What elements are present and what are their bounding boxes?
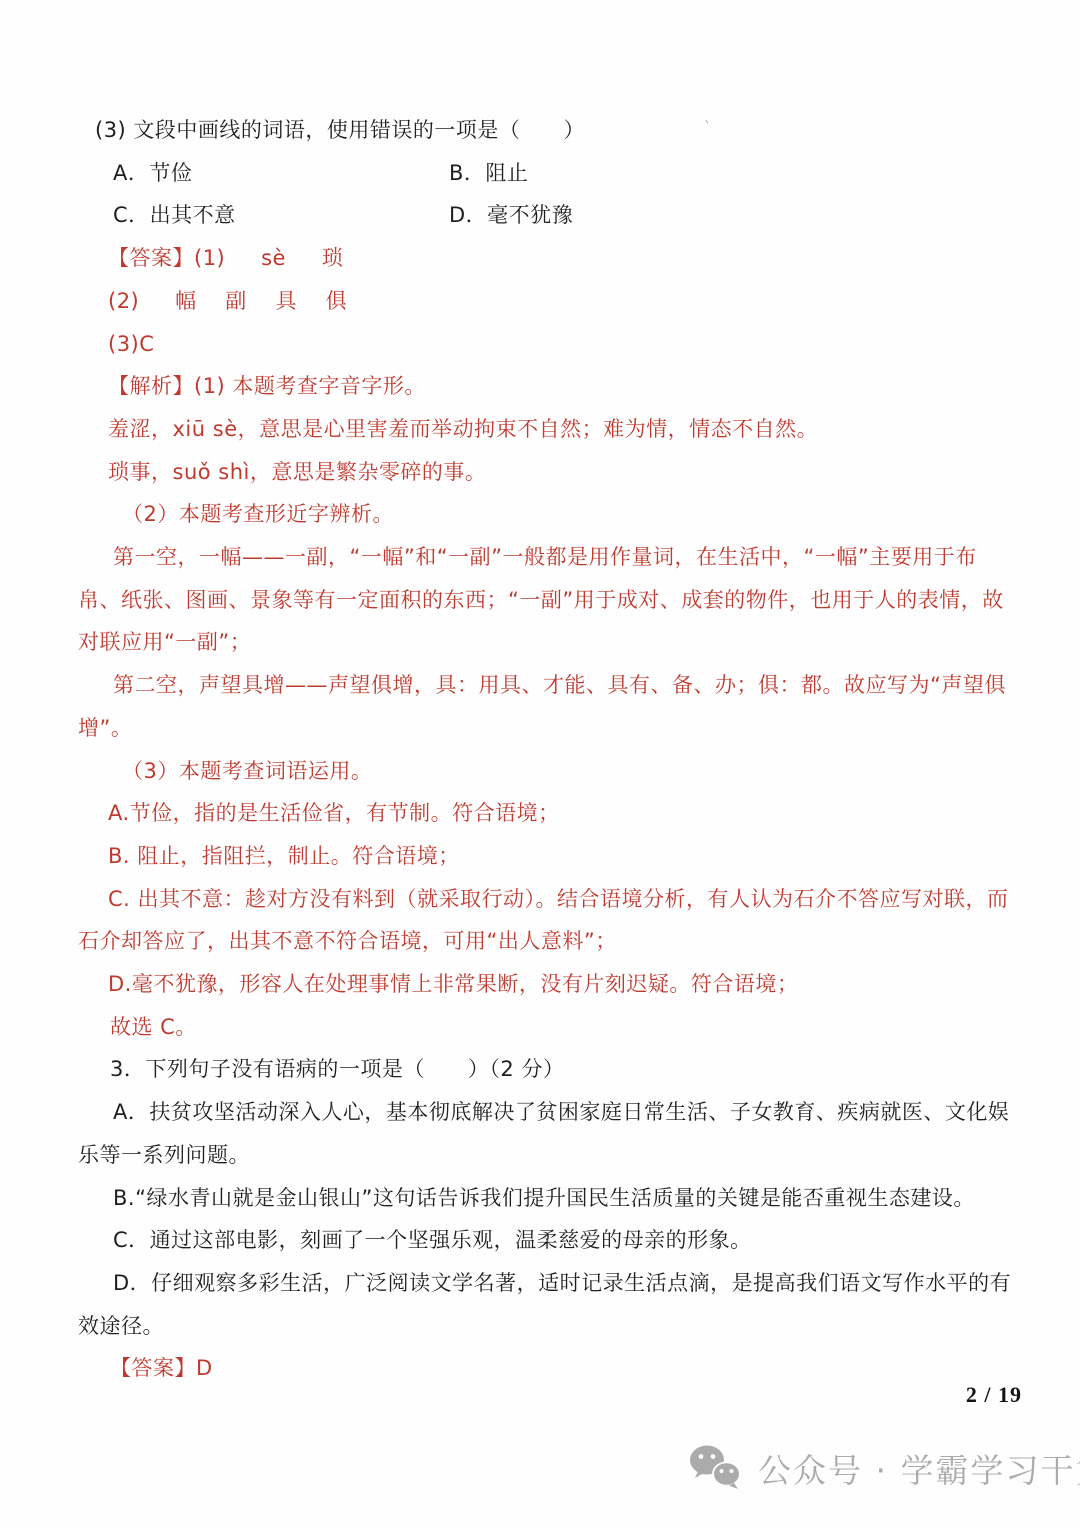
option-pair-line: A．节俭B．阻止 [0, 152, 1080, 195]
text-line: 第一空，一幅——一副，“一幅”和“一副”一般都是用作量词，在生活中，“一幅”主要… [0, 536, 1080, 579]
text-line: C. 出其不意：趁对方没有料到（就采取行动）。结合语境分析，有人认为石介不答应写… [0, 878, 1080, 921]
text-line: 第二空，声望具增——声望俱增，具：用具、才能、具有、备、办；俱：都。故应写为“声… [0, 664, 1080, 707]
option-right: B．阻止 [449, 161, 528, 185]
text-line: 羞涩，xiū sè，意思是心里害羞而举动拘束不自然；难为情，情态不自然。 [0, 408, 1080, 451]
page-number: 2 / 19 [966, 1382, 1022, 1408]
text-line: (3) 文段中画线的词语，使用错误的一项是（ ） [0, 109, 1080, 152]
text-line: 乐等一系列问题。 [0, 1134, 1080, 1177]
text-line: 琐事，suǒ shì，意思是繁杂零碎的事。 [0, 451, 1080, 494]
text-line: A．扶贫攻坚活动深入人心，基本彻底解决了贫困家庭日常生活、子女教育、疾病就医、文… [0, 1091, 1080, 1134]
text-line: C．通过这部电影，刻画了一个坚强乐观，温柔慈爱的母亲的形象。 [0, 1219, 1080, 1262]
text-line: 3．下列句子没有语病的一项是（ ）（2 分） [0, 1048, 1080, 1091]
text-line: 故选 C。 [0, 1006, 1080, 1049]
text-line: 【答案】(1) sè 琐 [0, 237, 1080, 280]
text-line: 石介却答应了，出其不意不符合语境，可用“出人意料”； [0, 920, 1080, 963]
option-left: C．出其不意 [113, 194, 449, 237]
watermark: 公众号 · 学霸学习干货 [688, 1444, 1080, 1492]
text-line: A.节俭，指的是生活俭省，有节制。符合语境； [0, 792, 1080, 835]
text-line: D.毫不犹豫，形容人在处理事情上非常果断，没有片刻迟疑。符合语境； [0, 963, 1080, 1006]
text-line: 效途径。 [0, 1305, 1080, 1348]
text-line: 增”。 [0, 707, 1080, 750]
text-line: （2）本题考查形近字辨析。 [0, 493, 1080, 536]
option-pair-line: C．出其不意D．毫不犹豫 [0, 194, 1080, 237]
text-line: 【解析】(1) 本题考查字音字形。 [0, 365, 1080, 408]
text-line: 【答案】D [0, 1347, 1080, 1390]
text-line: 帛、纸张、图画、景象等有一定面积的东西；“一副”用于成对、成套的物件，也用于人的… [0, 579, 1080, 622]
wechat-icon [688, 1444, 746, 1492]
text-line: 对联应用“一副”； [0, 621, 1080, 664]
text-line: （3）本题考查词语运用。 [0, 750, 1080, 793]
text-line: B.“绿水青山就是金山银山”这句话告诉我们提升国民生活质量的关键是能否重视生态建… [0, 1177, 1080, 1220]
text-line: B. 阻止，指阻拦，制止。符合语境； [0, 835, 1080, 878]
text-line: D．仔细观察多彩生活，广泛阅读文学名著，适时记录生活点滴，是提高我们语文写作水平… [0, 1262, 1080, 1305]
document-page: ` (3) 文段中画线的词语，使用错误的一项是（ ）A．节俭B．阻止C．出其不意… [0, 0, 1080, 1527]
text-line: (3)C [0, 323, 1080, 366]
option-left: A．节俭 [113, 152, 449, 195]
document-lines: (3) 文段中画线的词语，使用错误的一项是（ ）A．节俭B．阻止C．出其不意D．… [0, 109, 1080, 1390]
option-right: D．毫不犹豫 [449, 203, 573, 227]
watermark-text: 公众号 · 学霸学习干货 [758, 1445, 1080, 1492]
text-line: (2) 幅 副 具 俱 [0, 280, 1080, 323]
